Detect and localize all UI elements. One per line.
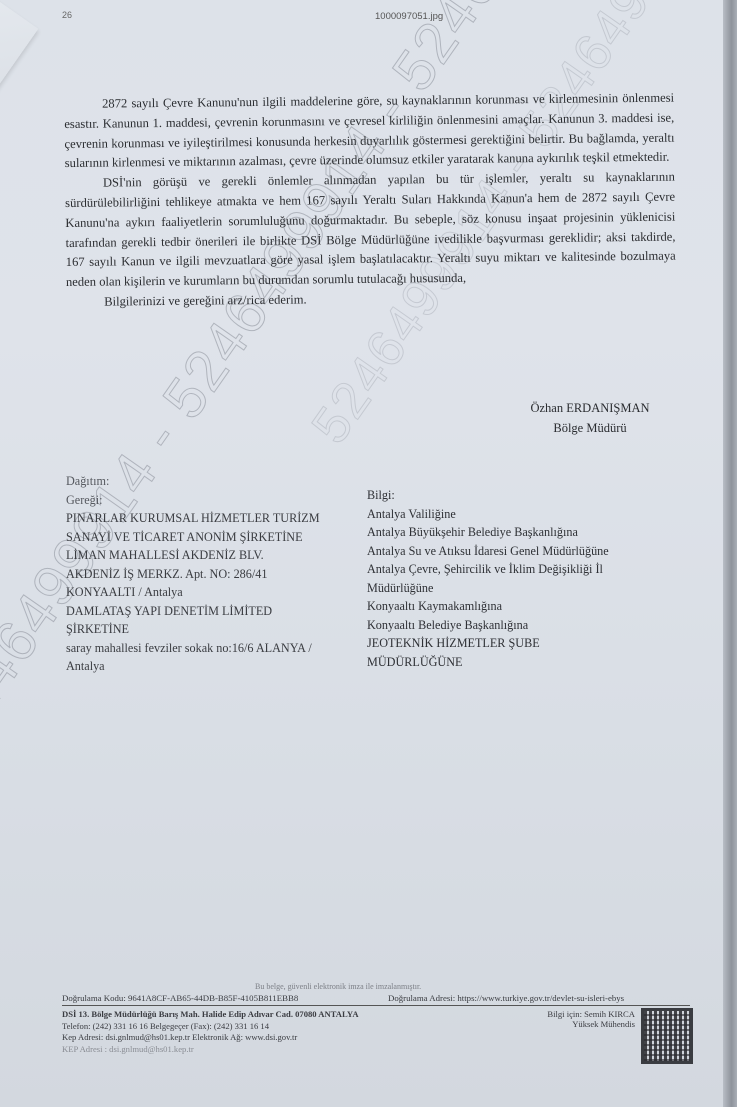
- distribution-label: Dağıtım:: [66, 472, 366, 491]
- paragraph: DSİ'nin görüşü ve gerekli önlemler alınm…: [65, 168, 676, 293]
- kep-address-2: KEP Adresi : dsi.gnlmud@hs01.kep.tr: [62, 1044, 359, 1056]
- action-line: PINARLAR KURUMSAL HİZMETLER TURİZM: [66, 509, 366, 528]
- distribution-info: Bilgi: Antalya Valiliğine Antalya Büyükş…: [367, 486, 667, 671]
- action-label: Gereği:: [66, 491, 366, 510]
- info-label: Bilgi:: [367, 486, 667, 505]
- info-line: JEOTEKNİK HİZMETLER ŞUBE: [367, 634, 667, 653]
- e-signature-note: Bu belge, güvenli elektronik imza ile im…: [255, 982, 421, 991]
- contact-block: DSİ 13. Bölge Müdürlüğü Barış Mah. Halid…: [62, 1009, 359, 1055]
- distribution-action: Dağıtım: Gereği: PINARLAR KURUMSAL HİZME…: [66, 472, 366, 676]
- action-line: AKDENİZ İŞ MERKZ. Apt. NO: 286/41: [66, 565, 366, 584]
- action-line: LİMAN MAHALLESİ AKDENİZ BLV.: [66, 546, 366, 565]
- info-contact-title: Yüksek Mühendis: [520, 1019, 635, 1029]
- action-line: Antalya: [66, 657, 366, 676]
- info-contact-name: Bilgi için: Semih KIRCA: [520, 1009, 635, 1019]
- page-edge-shadow: [723, 0, 737, 1107]
- info-line: Antalya Su ve Atıksu İdaresi Genel Müdür…: [367, 542, 667, 561]
- info-line: Antalya Çevre, Şehircilik ve İklim Değiş…: [367, 560, 667, 579]
- kep-address: Kep Adresi: dsi.gnlmud@hs01.kep.tr Elekt…: [62, 1032, 359, 1044]
- phone-fax: Telefon: (242) 331 16 16 Belgegeçer (Fax…: [62, 1021, 359, 1033]
- action-line: SANAYİ VE TİCARET ANONİM ŞİRKETİNE: [66, 528, 366, 547]
- page-fold: [0, 0, 38, 176]
- paragraph: 2872 sayılı Çevre Kanunu'nun ilgili madd…: [64, 89, 675, 175]
- info-line: Konyaaltı Belediye Başkanlığına: [367, 616, 667, 635]
- document-page: 26 1000097051.jpg 5246499914 - 524649991…: [0, 0, 725, 1107]
- info-line: Konyaaltı Kaymakamlığına: [367, 597, 667, 616]
- info-line: Antalya Valiliğine: [367, 505, 667, 524]
- verification-address[interactable]: Doğrulama Adresi: https://www.turkiye.go…: [388, 993, 624, 1003]
- office-address: DSİ 13. Bölge Müdürlüğü Barış Mah. Halid…: [62, 1009, 359, 1021]
- info-line: MÜDÜRLÜĞÜNE: [367, 653, 667, 672]
- info-contact: Bilgi için: Semih KIRCA Yüksek Mühendis: [520, 1009, 635, 1029]
- signatory-title: Bölge Müdürü: [500, 418, 680, 438]
- signature-block: Özhan ERDANIŞMAN Bölge Müdürü: [500, 398, 680, 438]
- action-line: saray mahallesi fevziler sokak no:16/6 A…: [66, 639, 366, 658]
- info-line: Antalya Büyükşehir Belediye Başkanlığına: [367, 523, 667, 542]
- signatory-name: Özhan ERDANIŞMAN: [500, 398, 680, 418]
- letter-body: 2872 sayılı Çevre Kanunu'nun ilgili madd…: [64, 89, 676, 313]
- action-line: DAMLATAŞ YAPI DENETİM LİMİTED: [66, 602, 366, 621]
- action-line: KONYAALTI / Antalya: [66, 583, 366, 602]
- qr-code-icon: [641, 1008, 693, 1064]
- verification-row: Doğrulama Kodu: 9641A8CF-AB65-44DB-B85F-…: [62, 993, 690, 1006]
- verification-code: Doğrulama Kodu: 9641A8CF-AB65-44DB-B85F-…: [62, 993, 298, 1003]
- page-number: 26: [62, 10, 72, 20]
- info-line: Müdürlüğüne: [367, 579, 667, 598]
- action-line: ŞİRKETİNE: [66, 620, 366, 639]
